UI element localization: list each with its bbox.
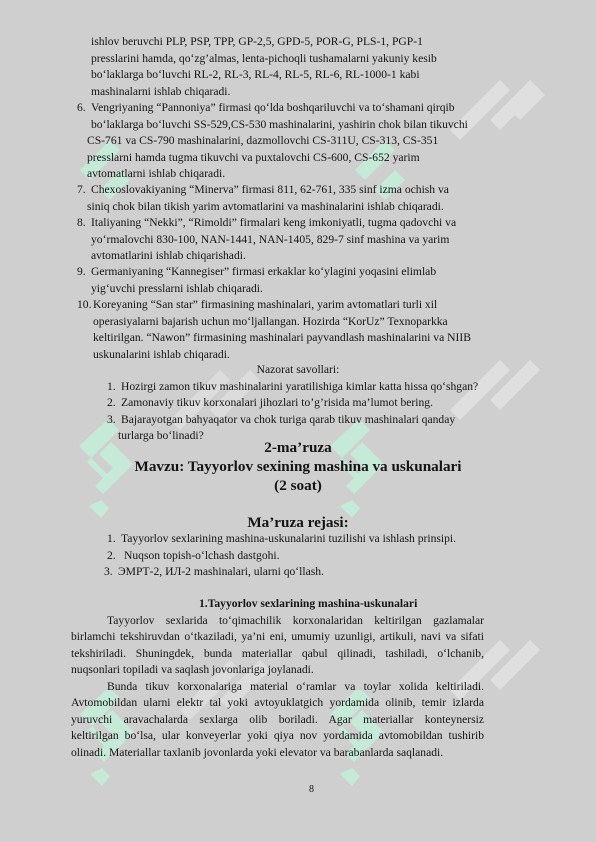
paragraph-line: keltirilgan bo‘lsa, ular konveyerlar yok… — [71, 728, 484, 744]
list-number: 10. — [77, 297, 92, 313]
plan-number: 3. — [104, 564, 113, 580]
paragraph-line: tekshiriladi. Shuningdek, bunda material… — [71, 646, 484, 662]
page-number: 8 — [309, 782, 314, 798]
question-line: Hozirgi zamon tikuv mashinalarini yarati… — [121, 379, 478, 395]
list-item-line: Vengriyaning “Pannoniya” firmasi qo‘lda … — [91, 100, 455, 116]
list-item-line: operasiyalarni bajarish uchun mo‘ljallan… — [93, 314, 448, 330]
paragraph-line: Avtomobildan ularni elektr tal yoki avto… — [71, 695, 484, 711]
question-number: 1. — [107, 379, 116, 395]
paragraph-line: yuruvchi aravachalarda sexlarga olib bor… — [71, 712, 484, 728]
question-line: Zamonaviy tikuv korxonalari jihozlari to… — [121, 395, 433, 411]
control-questions-title: Nazorat savollari: — [0, 362, 596, 378]
list-item-line: Koreyaning “San star” firmasining mashin… — [93, 297, 437, 313]
paragraph-line: birlamchi tekshiruvdan o‘tkaziladi, ya’n… — [71, 629, 484, 645]
text-line: bo‘laklarga bo‘luvchi RL-2, RL-3, RL-4, … — [91, 67, 420, 83]
question-line: Bajarayotgan bahyaqator va chok turiga q… — [121, 412, 455, 428]
document-body: ishlov beruvchi PLP, PSP, TPP, GP-2,5, G… — [0, 0, 596, 842]
list-item-line: bo‘laklarga bo‘luvchi SS-529,CS-530 mash… — [91, 117, 468, 133]
paragraph-line: Bunda tikuv korxonalariga material o‘ram… — [107, 679, 484, 695]
list-item-line: yo‘rmalovchi 830-100, NAN-1441, NAN-1405… — [91, 232, 449, 248]
list-number: 7. — [77, 182, 86, 198]
lecture-topic: Mavzu: Tayyorlov sexining mashina va usk… — [0, 458, 596, 476]
list-item-line: uskunalarini ishlab chiqaradi. — [93, 347, 230, 363]
text-line: mashinalarni ishlab chiqaradi. — [91, 84, 230, 100]
list-item-line: keltirilgan. “Nawon” firmasining mashina… — [93, 330, 471, 346]
question-number: 3. — [107, 412, 116, 428]
list-number: 9. — [77, 264, 86, 280]
text-line: presslarini hamda, qo‘zg’almas, lenta-pi… — [91, 51, 437, 67]
list-number: 6. — [77, 100, 86, 116]
list-item-line: CS-761 va CS-790 mashinalarini, dazmollo… — [87, 133, 438, 149]
list-item-line: Chexoslovakiyaning “Minerva” firmasi 811… — [91, 182, 449, 198]
list-item-line: Italiyaning “Nekki”, “Rimoldi” firmalari… — [91, 215, 456, 231]
plan-number: 1. — [107, 531, 116, 547]
list-item-line: Germaniyaning “Kannegiser” firmasi erkak… — [91, 264, 436, 280]
paragraph-line: Tayyorlov sexlarida to‘qimachilik korxon… — [107, 613, 484, 629]
question-number: 2. — [107, 395, 116, 411]
lecture-duration: (2 soat) — [0, 477, 596, 495]
list-item-line: presslarni hamda tugma tikuvchi va puxta… — [87, 150, 420, 166]
plan-item: ЭМРТ-2, ИЛ-2 mashinalari, ularni qo‘llas… — [118, 564, 324, 580]
plan-item: Tayyorlov sexlarining mashina-uskunalari… — [121, 531, 456, 547]
list-number: 8. — [77, 215, 86, 231]
text-line: ishlov beruvchi PLP, PSP, TPP, GP-2,5, G… — [91, 34, 423, 50]
list-item-line: avtomatlarini ishlab chiqarishadi. — [91, 248, 246, 264]
document-page: ishlov beruvchi PLP, PSP, TPP, GP-2,5, G… — [0, 0, 596, 842]
list-item-line: avtomatlarni ishlab chiqaradi. — [87, 166, 225, 182]
lecture-plan-title: Ma’ruza rejasi: — [0, 514, 596, 532]
plan-item: Nuqson topish-o‘lchash dastgohi. — [124, 548, 280, 564]
paragraph-line: olinadi. Materiallar taxlanib jovonlarda… — [71, 745, 443, 761]
section-heading: 1.Tayyorlov sexlarining mashina-uskunala… — [199, 596, 417, 612]
lecture-number-title: 2-ma’ruza — [0, 439, 596, 457]
list-item-line: yig‘uvchi presslarni ishlab chiqaradi. — [91, 281, 263, 297]
plan-number: 2. — [107, 548, 116, 564]
paragraph-line: nuqsonlari topiladi va saqlash jovonlari… — [71, 662, 314, 678]
list-item-line: siniq chok bilan tikish yarim avtomatlar… — [87, 199, 444, 215]
